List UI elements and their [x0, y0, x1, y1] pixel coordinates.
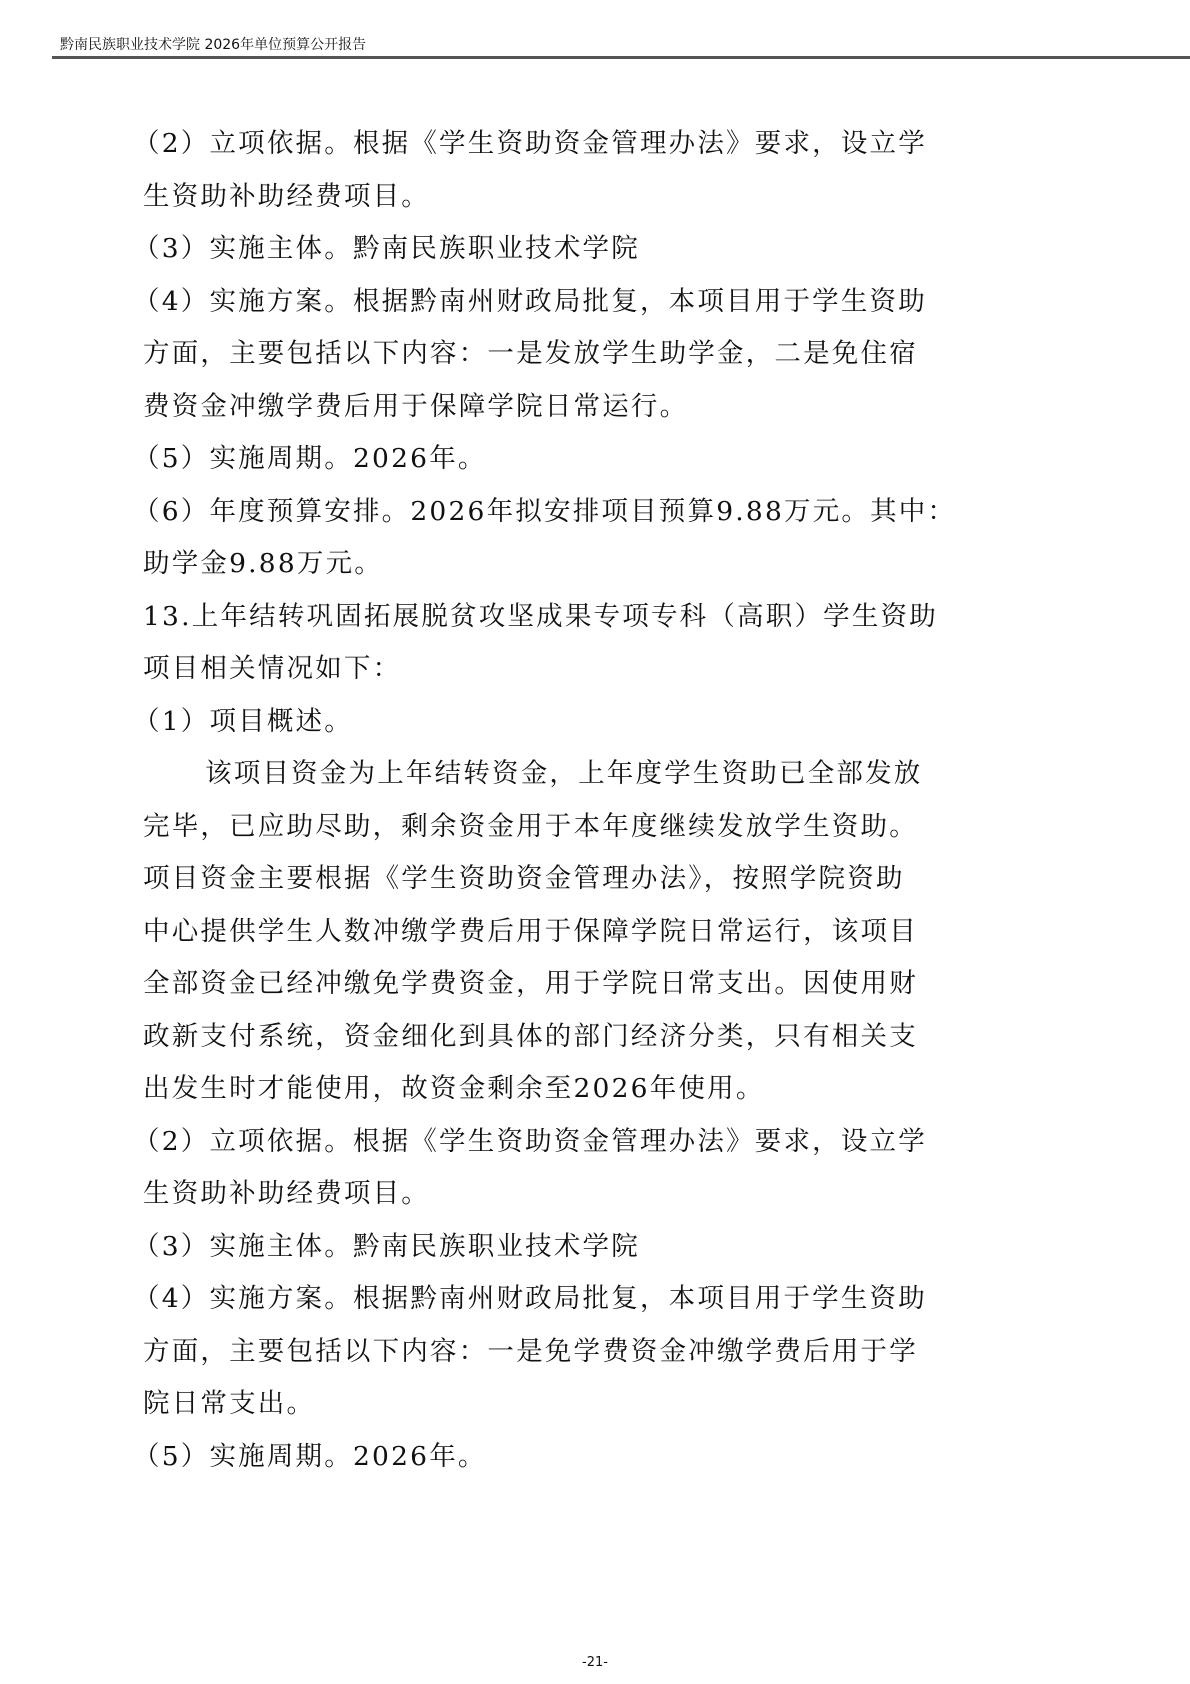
text-line: 该项目资金为上年结转资金，上年度学生资助已全部发放 [143, 748, 973, 801]
text-line: （6）年度预算安排。2026年拟安排项目预算9.88万元。其中： [133, 486, 973, 539]
text-line: 生资助补助经费项目。 [143, 1168, 973, 1221]
text-line: （1）项目概述。 [133, 696, 973, 749]
document-body: （2）立项依据。根据《学生资助资金管理办法》要求，设立学 生资助补助经费项目。 … [143, 118, 973, 1483]
text-line: （5）实施周期。2026年。 [133, 433, 973, 486]
text-line: （3）实施主体。黔南民族职业技术学院 [133, 223, 973, 276]
section-heading: 项目相关情况如下： [143, 643, 973, 696]
text-line: （2）立项依据。根据《学生资助资金管理办法》要求，设立学 [133, 118, 973, 171]
text-line: 费资金冲缴学费后用于保障学院日常运行。 [143, 381, 973, 434]
text-line: 方面，主要包括以下内容：一是发放学生助学金，二是免住宿 [143, 328, 973, 381]
section-heading: 13.上年结转巩固拓展脱贫攻坚成果专项专科（高职）学生资助 [143, 591, 973, 644]
text-line: （5）实施周期。2026年。 [133, 1431, 973, 1484]
text-line: 中心提供学生人数冲缴学费后用于保障学院日常运行，该项目 [143, 906, 973, 959]
text-line: （2）立项依据。根据《学生资助资金管理办法》要求，设立学 [133, 1116, 973, 1169]
text-line: （4）实施方案。根据黔南州财政局批复，本项目用于学生资助 [133, 276, 973, 329]
text-line: 助学金9.88万元。 [143, 538, 973, 591]
text-line: 项目资金主要根据《学生资助资金管理办法》，按照学院资助 [143, 853, 973, 906]
running-header: 黔南民族职业技术学院 2026年单位预算公开报告 [60, 34, 366, 54]
text-line: 全部资金已经冲缴免学费资金，用于学院日常支出。因使用财 [143, 958, 973, 1011]
text-line: 院日常支出。 [143, 1378, 973, 1431]
text-line: 完毕，已应助尽助，剩余资金用于本年度继续发放学生资助。 [143, 801, 973, 854]
text-line: （4）实施方案。根据黔南州财政局批复，本项目用于学生资助 [133, 1273, 973, 1326]
text-line: （3）实施主体。黔南民族职业技术学院 [133, 1221, 973, 1274]
text-line: 政新支付系统，资金细化到具体的部门经济分类，只有相关支 [143, 1011, 973, 1064]
text-line: 方面，主要包括以下内容：一是免学费资金冲缴学费后用于学 [143, 1326, 973, 1379]
text-line: 出发生时才能使用，故资金剩余至2026年使用。 [143, 1063, 973, 1116]
page-number: -21- [0, 1655, 1190, 1670]
text-line: 生资助补助经费项目。 [143, 171, 973, 224]
header-rule [52, 56, 1190, 59]
